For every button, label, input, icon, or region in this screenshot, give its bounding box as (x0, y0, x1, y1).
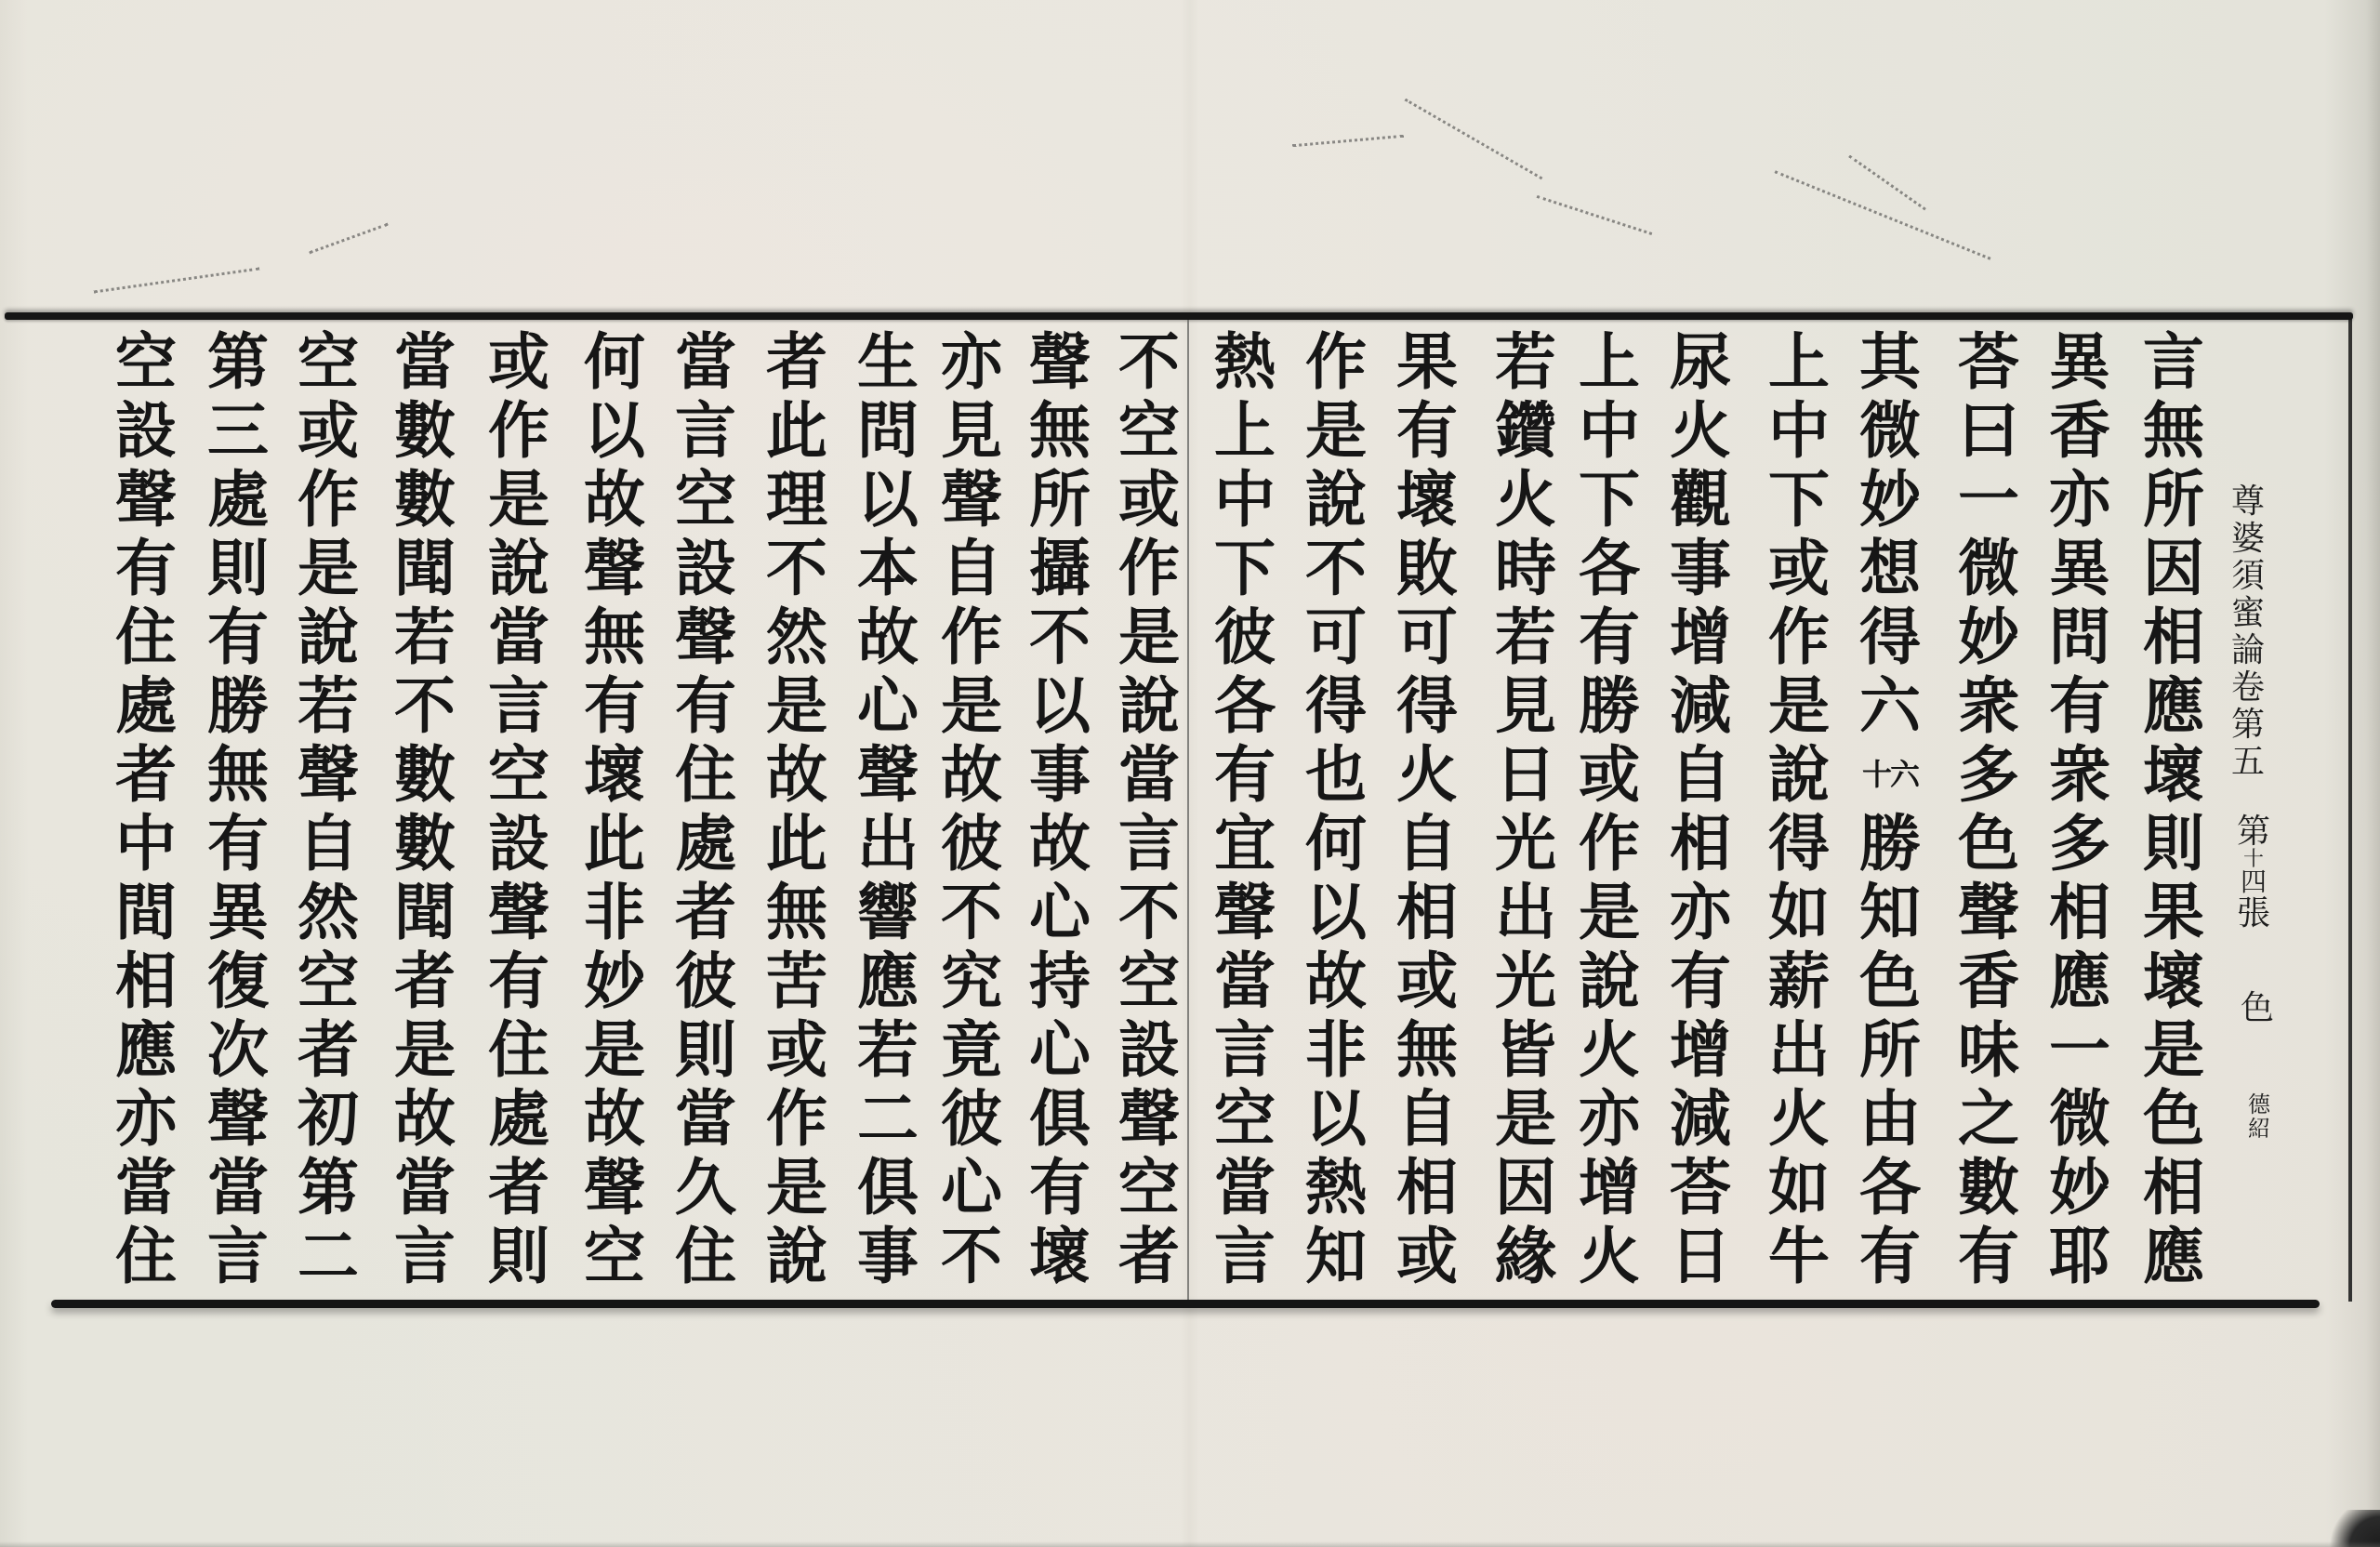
text-char: 二 (289, 1222, 367, 1290)
text-char: 聲 (1206, 878, 1284, 946)
text-column-19: 或作是說當言空設聲有住處者則 (480, 327, 558, 1290)
text-char: 言 (386, 1222, 464, 1290)
text-char: 無 (758, 878, 836, 946)
text-char: 空 (1206, 1084, 1284, 1153)
text-char: 者 (667, 878, 745, 946)
text-char: 出 (1487, 878, 1565, 946)
text-char: 勝 (1851, 809, 1929, 878)
text-char: 日 (1487, 740, 1565, 809)
text-char: 聲 (1021, 327, 1099, 396)
text-char: 所 (1851, 1015, 1929, 1084)
text-char: 相 (1661, 809, 1739, 878)
text-char: 當 (107, 1153, 185, 1222)
text-char: 有 (1388, 396, 1466, 465)
text-char: 果 (2135, 878, 2213, 946)
text-char: 見 (932, 396, 1011, 465)
text-char: 香 (1950, 946, 2028, 1015)
text-char: 火 (1388, 740, 1466, 809)
text-char: 一 (2041, 1015, 2119, 1084)
text-char: 不 (1021, 602, 1099, 671)
text-column-20: 當數數聞若不數數聞者是故當言 (386, 327, 464, 1290)
text-char: 處 (199, 465, 277, 534)
text-char: 耶 (2041, 1222, 2119, 1290)
text-char: 空 (289, 946, 367, 1015)
text-char: 增 (1570, 1153, 1648, 1222)
text-char: 下 (1570, 465, 1648, 534)
text-char: 彼 (932, 809, 1011, 878)
text-char: 可 (1297, 602, 1375, 671)
text-char: 事 (1661, 534, 1739, 602)
text-char: 設 (480, 809, 558, 878)
text-char: 或 (289, 396, 367, 465)
text-char: 第 (289, 1153, 367, 1222)
text-char: 得 (1851, 602, 1929, 671)
text-column-6: 尿火觀事增減自相亦有增減荅日 (1661, 327, 1739, 1290)
text-char: 自 (1388, 809, 1466, 878)
text-char: 是 (1487, 1084, 1565, 1153)
text-char: 作 (758, 1084, 836, 1153)
text-char: 數 (386, 465, 464, 534)
text-column-14: 亦見聲自作是故彼不究竟彼心不 (932, 327, 1011, 1290)
text-char: 有 (1661, 946, 1739, 1015)
text-char: 持 (1021, 946, 1099, 1015)
text-char: 當 (1110, 740, 1188, 809)
text-char: 日 (1661, 1222, 1739, 1290)
text-char: 有 (1851, 1222, 1929, 1290)
text-char: 若 (1487, 602, 1565, 671)
text-char: 言 (199, 1222, 277, 1290)
text-char: 火 (1570, 1015, 1648, 1084)
text-char: 壞 (1021, 1222, 1099, 1290)
text-char: 設 (1110, 1015, 1188, 1084)
text-char: 勝 (1570, 671, 1648, 740)
text-char: 香 (2041, 396, 2119, 465)
text-char: 三 (199, 396, 277, 465)
text-char: 相 (2135, 602, 2213, 671)
text-char: 說 (1110, 671, 1188, 740)
text-char: 彼 (1206, 602, 1284, 671)
text-char: 然 (289, 878, 367, 946)
text-char: 觀 (1661, 465, 1739, 534)
text-char: 言 (1110, 809, 1188, 878)
text-char: 是 (386, 1015, 464, 1084)
text-char: 竟 (932, 1015, 1011, 1084)
text-char: 處 (667, 809, 745, 878)
text-char: 言 (1206, 1222, 1284, 1290)
text-char: 可 (1388, 602, 1466, 671)
text-char: 壞 (2135, 740, 2213, 809)
text-char: 亦 (932, 327, 1011, 396)
text-char: 初 (289, 1084, 367, 1153)
text-char: 下 (1206, 534, 1284, 602)
text-char: 以 (1021, 671, 1099, 740)
text-char: 勝 (199, 671, 277, 740)
text-char: 或 (758, 1015, 836, 1084)
text-column-23: 空設聲有住處者中間相應亦當住 (107, 327, 185, 1290)
text-char: 何 (1297, 809, 1375, 878)
text-char: 各 (1206, 671, 1284, 740)
text-char: 無 (2135, 396, 2213, 465)
text-char: 是 (480, 465, 558, 534)
text-char: 牛 (1760, 1222, 1838, 1290)
text-char: 色 (1851, 946, 1929, 1015)
text-char: 者 (758, 327, 836, 396)
text-char: 當 (667, 327, 745, 396)
text-char: 出 (849, 809, 927, 878)
text-char: 聲 (575, 1153, 654, 1222)
text-char: 是 (289, 534, 367, 602)
text-char: 心 (1021, 878, 1099, 946)
text-char: 應 (107, 1015, 185, 1084)
text-char: 或 (1110, 465, 1188, 534)
text-char: 此 (758, 809, 836, 878)
text-char: 中 (1570, 396, 1648, 465)
text-char: 以 (1297, 878, 1375, 946)
text-char: 火 (1570, 1222, 1648, 1290)
text-char: 故 (575, 1084, 654, 1153)
text-char: 自 (932, 534, 1011, 602)
text-char: 無 (1388, 1015, 1466, 1084)
text-column-2: 異香亦異問有衆多相應一微妙耶 (2041, 327, 2119, 1290)
text-char: 非 (575, 878, 654, 946)
text-char: 聲 (199, 1084, 277, 1153)
text-char: 妙 (575, 946, 654, 1015)
text-column-5: 上中下或作是說得如薪出火如牛 (1760, 327, 1838, 1290)
text-char: 皆 (1487, 1015, 1565, 1084)
text-char: 處 (480, 1084, 558, 1153)
text-char: 若 (386, 602, 464, 671)
text-char: 應 (2135, 671, 2213, 740)
text-char: 上 (1760, 327, 1838, 396)
text-column-4: 其微妙想得六十六勝知色所由各有 (1851, 327, 1929, 1290)
text-char: 響 (849, 878, 927, 946)
text-char: 作 (289, 465, 367, 534)
text-char: 有 (199, 809, 277, 878)
text-char: 衆 (1950, 671, 2028, 740)
text-char: 聲 (289, 740, 367, 809)
text-column-11: 熱上中下彼各有宜聲當言空當言 (1206, 327, 1284, 1290)
text-char: 不 (932, 878, 1011, 946)
text-char: 火 (1760, 1084, 1838, 1153)
text-char: 不 (1110, 327, 1188, 396)
text-char: 無 (1021, 396, 1099, 465)
text-char: 見 (1487, 671, 1565, 740)
text-char: 言 (2135, 327, 2213, 396)
text-char: 荅 (1661, 1153, 1739, 1222)
text-char: 亦 (1661, 878, 1739, 946)
text-char: 以 (849, 465, 927, 534)
text-char: 知 (1851, 878, 1929, 946)
text-char: 減 (1661, 1084, 1739, 1153)
text-char: 是 (1570, 878, 1648, 946)
text-char: 微 (1950, 534, 2028, 602)
text-char: 者 (386, 946, 464, 1015)
text-char: 有 (2041, 671, 2119, 740)
text-char: 敗 (1388, 534, 1466, 602)
text-char: 荅 (1950, 327, 2028, 396)
text-column-13: 聲無所攝不以事故心持心俱有壞 (1021, 327, 1099, 1290)
text-char: 空 (107, 327, 185, 396)
text-char: 然 (758, 602, 836, 671)
text-char: 此 (758, 396, 836, 465)
text-char: 光 (1487, 809, 1565, 878)
text-char: 作 (1760, 602, 1838, 671)
text-char: 間 (107, 878, 185, 946)
text-char: 下 (1760, 465, 1838, 534)
text-char: 空 (1110, 946, 1188, 1015)
text-char: 有 (480, 946, 558, 1015)
text-char: 心 (932, 1153, 1011, 1222)
text-char: 亦 (1570, 1084, 1648, 1153)
text-char: 也 (1297, 740, 1375, 809)
text-char: 故 (849, 602, 927, 671)
text-char: 當 (386, 327, 464, 396)
text-char: 尿 (1661, 327, 1739, 396)
text-char: 言 (1206, 1015, 1284, 1084)
text-char: 空 (667, 465, 745, 534)
text-char: 是 (2135, 1015, 2213, 1084)
text-char: 故 (575, 465, 654, 534)
text-char: 想 (1851, 534, 1929, 602)
text-char: 光 (1487, 946, 1565, 1015)
text-char: 則 (2135, 809, 2213, 878)
text-char: 異 (2041, 327, 2119, 396)
text-char: 住 (667, 740, 745, 809)
text-char: 言 (480, 671, 558, 740)
text-char: 是 (758, 1153, 836, 1222)
text-char: 中 (107, 809, 185, 878)
text-char: 妙 (1851, 465, 1929, 534)
text-char: 因 (1487, 1153, 1565, 1222)
text-char: 若 (1487, 327, 1565, 396)
text-char: 上 (1206, 396, 1284, 465)
text-char: 住 (107, 1222, 185, 1290)
text-char: 有 (1570, 602, 1648, 671)
text-char: 各 (1851, 1153, 1929, 1222)
text-char: 苦 (758, 946, 836, 1015)
text-char: 說 (1760, 740, 1838, 809)
text-char: 當 (1206, 946, 1284, 1015)
text-char: 聲 (667, 602, 745, 671)
text-char: 相 (2135, 1153, 2213, 1222)
text-char: 亦 (107, 1084, 185, 1153)
text-char: 亦 (2041, 465, 2119, 534)
text-char: 空 (480, 740, 558, 809)
text-char: 者 (107, 740, 185, 809)
text-char: 是 (932, 671, 1011, 740)
text-char: 聲 (575, 534, 654, 602)
text-char: 復 (199, 946, 277, 1015)
text-char: 或 (1388, 1222, 1466, 1290)
text-char: 說 (289, 602, 367, 671)
text-char: 不 (1110, 878, 1188, 946)
text-char: 空 (575, 1222, 654, 1290)
text-char: 設 (667, 534, 745, 602)
text-char: 如 (1760, 878, 1838, 946)
text-char: 相 (1388, 878, 1466, 946)
text-char: 多 (1950, 740, 2028, 809)
text-char: 故 (932, 740, 1011, 809)
text-char: 數 (386, 740, 464, 809)
text-char: 中 (1206, 465, 1284, 534)
text-char: 六 (1851, 671, 1929, 740)
text-char: 之 (1950, 1084, 2028, 1153)
text-char: 住 (107, 602, 185, 671)
text-char: 數 (386, 809, 464, 878)
text-char: 次 (199, 1015, 277, 1084)
text-char: 不 (758, 534, 836, 602)
text-char: 當 (667, 1084, 745, 1153)
text-char: 得 (1388, 671, 1466, 740)
text-char: 衆 (2041, 740, 2119, 809)
text-char: 作 (932, 602, 1011, 671)
text-char: 說 (480, 534, 558, 602)
text-char: 或 (1760, 534, 1838, 602)
text-char: 心 (849, 671, 927, 740)
text-char: 熱 (1206, 327, 1284, 396)
text-char: 有 (107, 534, 185, 602)
text-char: 者 (1110, 1222, 1188, 1290)
text-char: 當 (199, 1153, 277, 1222)
text-char: 聞 (386, 534, 464, 602)
text-char: 增 (1661, 1015, 1739, 1084)
text-char: 應 (2135, 1222, 2213, 1290)
text-char: 數 (1950, 1153, 2028, 1222)
text-char: 色 (2135, 1084, 2213, 1153)
text-char: 各 (1570, 534, 1648, 602)
text-char: 空 (289, 327, 367, 396)
text-char: 空 (1110, 1153, 1188, 1222)
text-column-7: 上中下各有勝或作是說火亦增火 (1570, 327, 1648, 1290)
text-char: 有 (667, 671, 745, 740)
text-char: 得 (1760, 809, 1838, 878)
text-char: 作 (480, 396, 558, 465)
text-char: 住 (480, 1015, 558, 1084)
text-column-1: 言無所因相應壞則果壞是色相應 (2135, 327, 2213, 1290)
text-char: 是 (1760, 671, 1838, 740)
text-char: 多 (2041, 809, 2119, 878)
text-char: 故 (386, 1084, 464, 1153)
text-column-9: 果有壞敗可得火自相或無自相或 (1388, 327, 1466, 1290)
text-char: 設 (107, 396, 185, 465)
text-char: 是 (575, 1015, 654, 1084)
text-char: 作 (1110, 534, 1188, 602)
text-column-18: 何以故聲無有壞此非妙是故聲空 (575, 327, 654, 1290)
text-char: 故 (758, 740, 836, 809)
text-char: 所 (1021, 465, 1099, 534)
text-char: 得 (1297, 671, 1375, 740)
text-char: 火 (1487, 465, 1565, 534)
text-char: 事 (1021, 740, 1099, 809)
text-char: 是 (1297, 396, 1375, 465)
text-char: 聲 (480, 878, 558, 946)
text-char: 知 (1297, 1222, 1375, 1290)
text-char: 有 (575, 671, 654, 740)
text-char: 增 (1661, 602, 1739, 671)
main-text-body: 言無所因相應壞則果壞是色相應異香亦異問有衆多相應一微妙耶荅曰一微妙衆多色聲香味之… (0, 0, 2380, 1547)
text-char: 問 (849, 396, 927, 465)
text-char: 或 (480, 327, 558, 396)
text-char: 聲 (1950, 878, 2028, 946)
text-char: 所 (2135, 465, 2213, 534)
text-char: 其 (1851, 327, 1929, 396)
text-column-12: 不空或作是說當言不空設聲空者 (1110, 327, 1188, 1290)
text-char: 有 (1021, 1153, 1099, 1222)
text-char: 住 (667, 1222, 745, 1290)
text-char: 微 (2041, 1084, 2119, 1153)
text-char: 鑽 (1487, 396, 1565, 465)
text-char: 相 (1388, 1153, 1466, 1222)
text-char: 相 (107, 946, 185, 1015)
text-char: 空 (1110, 396, 1188, 465)
text-char: 處 (107, 671, 185, 740)
text-char: 薪 (1760, 946, 1838, 1015)
text-char: 數 (386, 396, 464, 465)
text-char: 第 (199, 327, 277, 396)
text-char: 中 (1760, 396, 1838, 465)
text-char: 者 (289, 1015, 367, 1084)
text-char: 熱 (1297, 1153, 1375, 1222)
text-char: 火 (1661, 396, 1739, 465)
text-char: 生 (849, 327, 927, 396)
text-char: 時 (1487, 534, 1565, 602)
text-char: 如 (1760, 1153, 1838, 1222)
text-char: 宜 (1206, 809, 1284, 878)
text-column-3: 荅曰一微妙衆多色聲香味之數有 (1950, 327, 2028, 1290)
text-char: 當 (1206, 1153, 1284, 1222)
text-char: 聲 (849, 740, 927, 809)
text-char: 者 (480, 1153, 558, 1222)
text-char: 二 (849, 1084, 927, 1153)
text-char: 以 (1297, 1084, 1375, 1153)
text-char: 色 (1950, 809, 2028, 878)
text-char: 則 (199, 534, 277, 602)
text-char: 當 (386, 1153, 464, 1222)
text-char: 或 (1570, 740, 1648, 809)
text-column-17: 當言空設聲有住處者彼則當久住 (667, 327, 745, 1290)
text-char: 說 (758, 1222, 836, 1290)
text-char: 言 (667, 396, 745, 465)
text-char: 究 (932, 946, 1011, 1015)
text-char: 理 (758, 465, 836, 534)
text-char: 一 (1950, 465, 2028, 534)
text-char: 若 (289, 671, 367, 740)
text-char: 果 (1388, 327, 1466, 396)
text-char: 異 (2041, 534, 2119, 602)
text-char: 緣 (1487, 1222, 1565, 1290)
text-char: 本 (849, 534, 927, 602)
text-char: 是 (758, 671, 836, 740)
text-char: 異 (199, 878, 277, 946)
text-char: 則 (480, 1222, 558, 1290)
text-char: 不 (1297, 534, 1375, 602)
text-char: 不 (932, 1222, 1011, 1290)
text-char: 非 (1297, 1015, 1375, 1084)
text-char: 或 (1388, 946, 1466, 1015)
text-char: 壞 (1388, 465, 1466, 534)
text-char: 以 (575, 396, 654, 465)
text-column-22: 第三處則有勝無有異復次聲當言 (199, 327, 277, 1290)
text-char: 因 (2135, 534, 2213, 602)
text-char: 相 (2041, 878, 2119, 946)
text-char: 彼 (932, 1084, 1011, 1153)
text-char: 上 (1570, 327, 1648, 396)
text-char: 作 (1297, 327, 1375, 396)
text-char: 出 (1760, 1015, 1838, 1084)
text-char: 聲 (107, 465, 185, 534)
text-char: 久 (667, 1153, 745, 1222)
text-char: 聲 (1110, 1084, 1188, 1153)
